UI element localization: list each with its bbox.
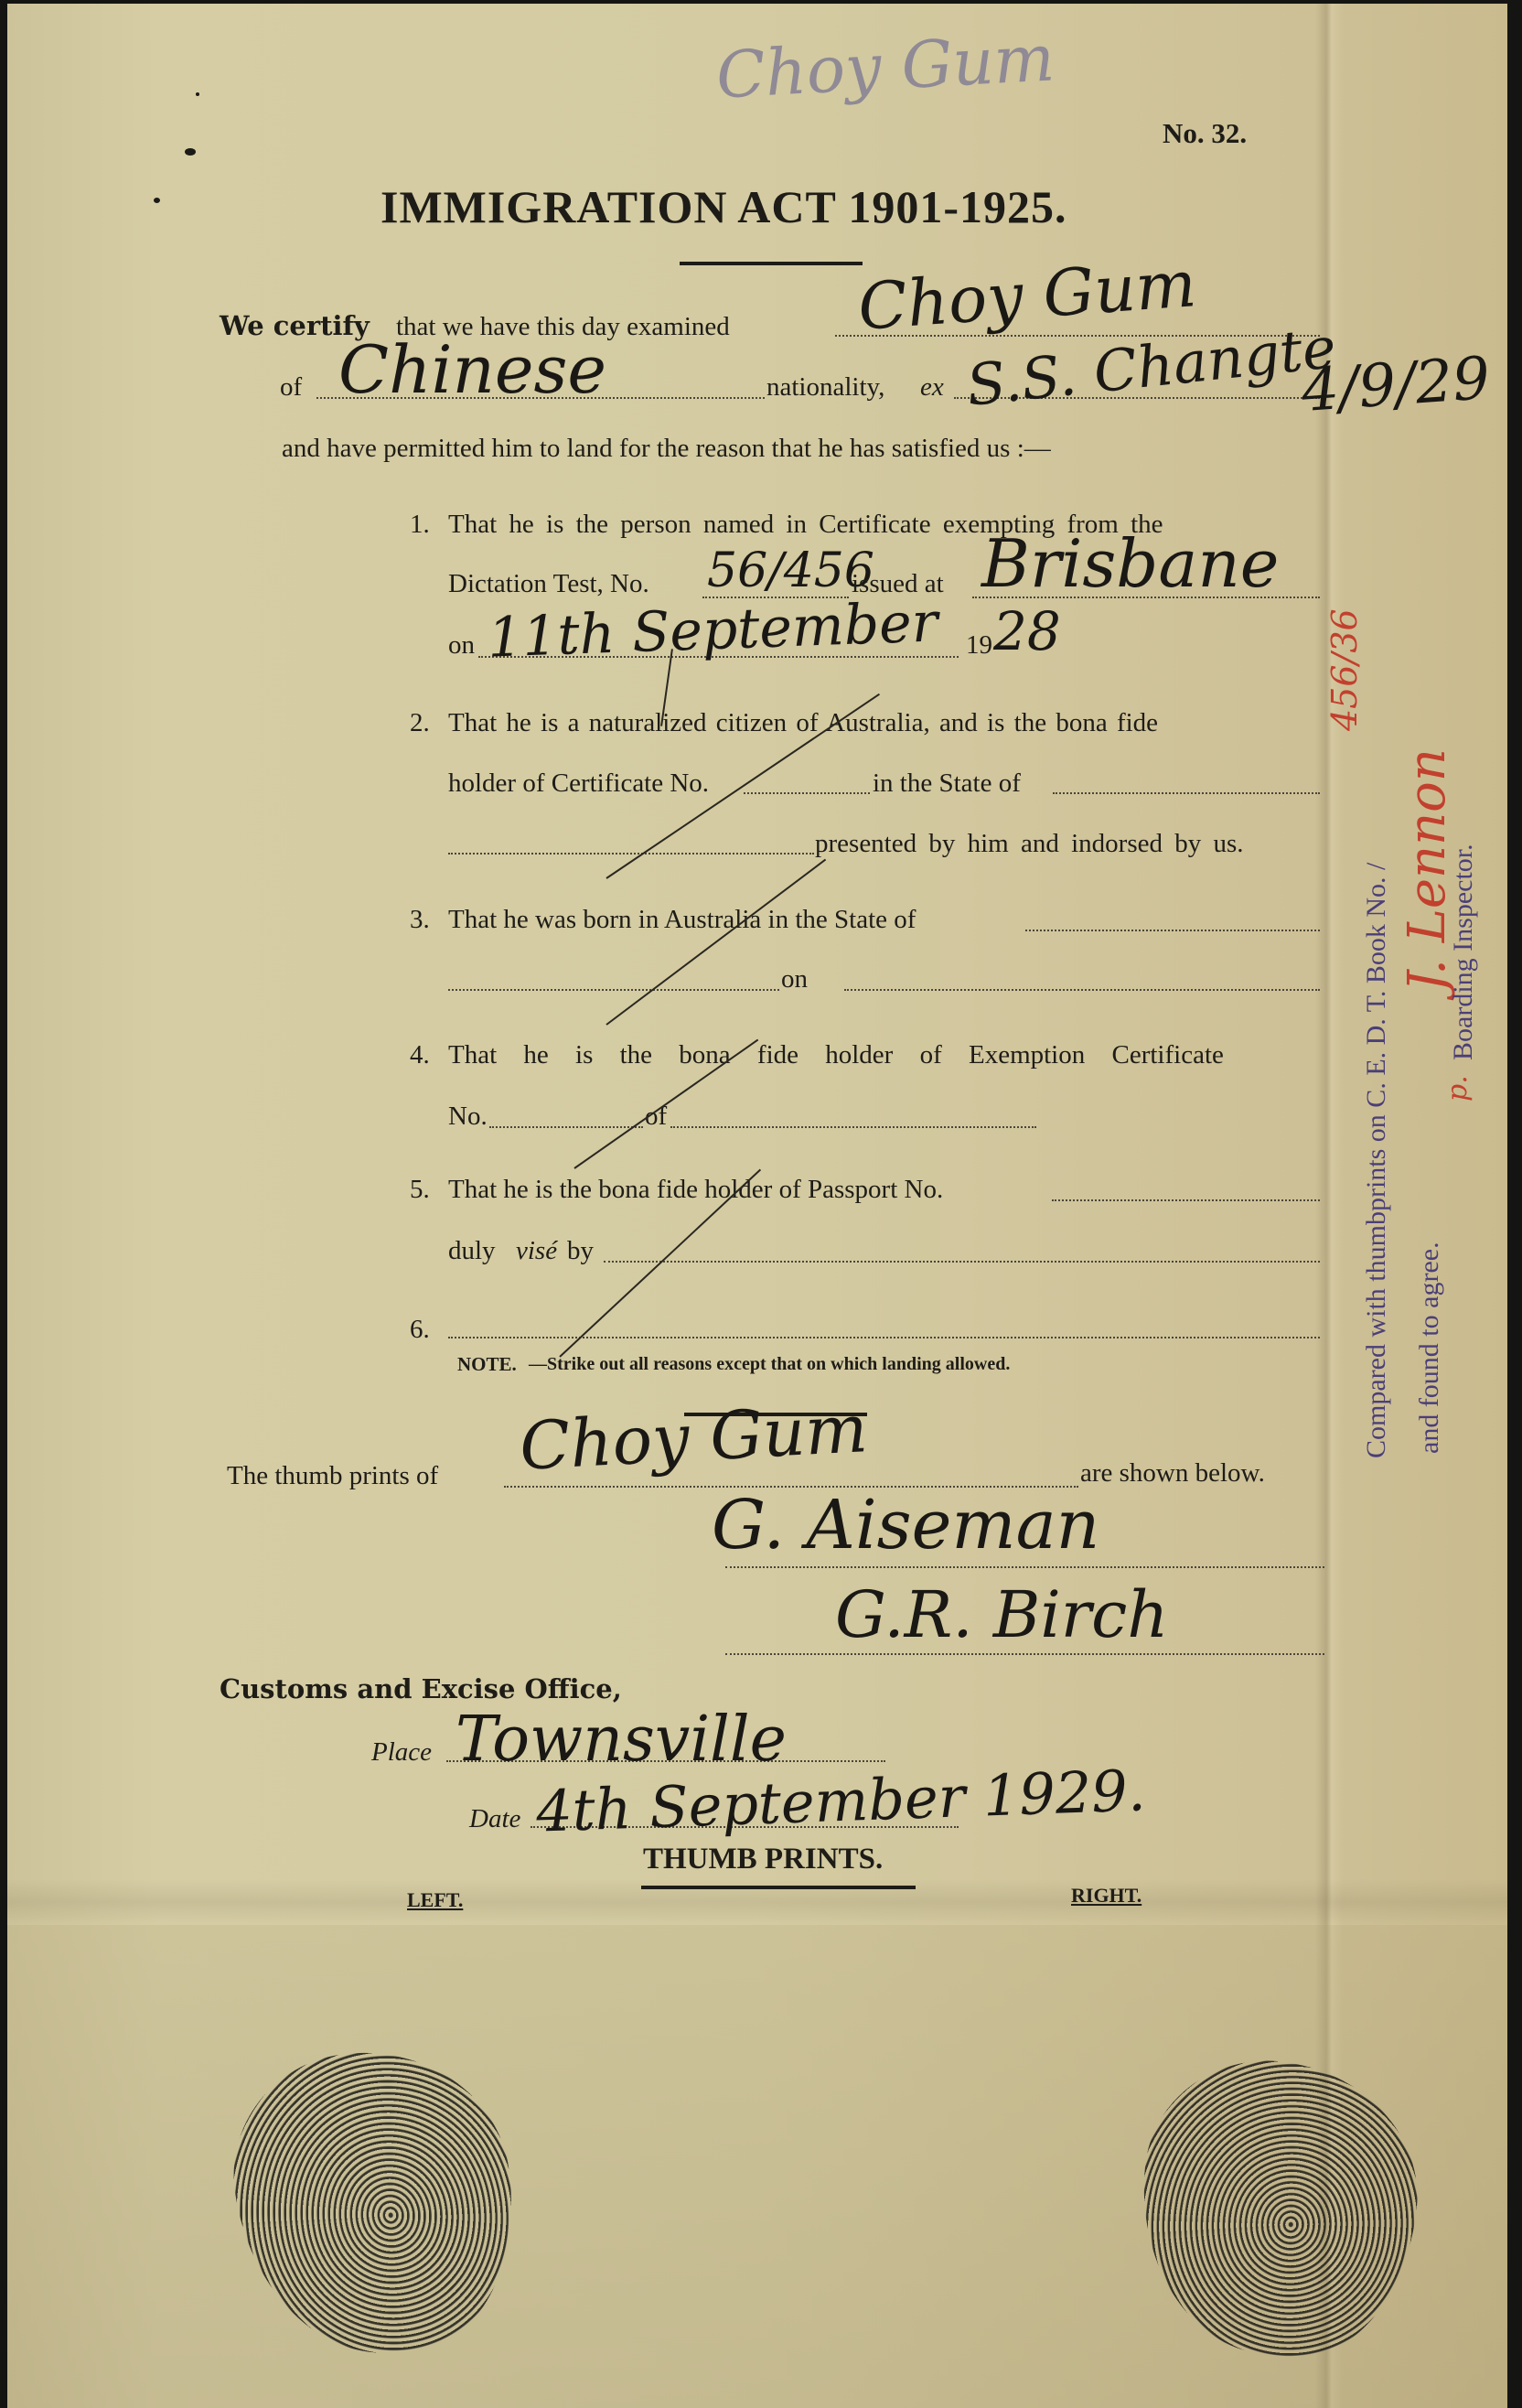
note-text: —Strike out all reasons except that on w…: [529, 1354, 1010, 1375]
blank-line: [448, 853, 814, 855]
nationality-label: nationality,: [766, 372, 884, 403]
date-label: Date: [469, 1804, 520, 1834]
exemption-no-line: [489, 1126, 643, 1128]
place-value[interactable]: Townsville: [456, 1704, 787, 1776]
reason-5-by: by: [567, 1236, 594, 1266]
thumb-prints-suffix: are shown below.: [1080, 1458, 1265, 1489]
reason-4-line1: That he is the bona fide holder of Exemp…: [448, 1040, 1224, 1070]
speck: [196, 92, 199, 96]
state-line: [1053, 792, 1320, 794]
issued-at-value[interactable]: Brisbane: [981, 525, 1279, 602]
cert-no-line: [744, 792, 870, 794]
pencil-name-annotation: Choy Gum: [714, 20, 1056, 113]
passport-no-line: [1052, 1199, 1320, 1201]
year-prefix: 19: [966, 630, 992, 661]
page-title: IMMIGRATION ACT 1901-1925.: [380, 180, 1067, 233]
note-label: NOTE.: [457, 1353, 517, 1376]
reason-1-on-label: on: [448, 630, 475, 661]
reason-5-line1: That he is the bona fide holder of Passp…: [448, 1175, 943, 1205]
birth-place-line: [448, 989, 779, 991]
right-thumb-label: RIGHT.: [1071, 1884, 1141, 1908]
nationality-value[interactable]: Chinese: [338, 331, 606, 408]
form-number: No. 32.: [1163, 117, 1247, 150]
reason-4-number: 4.: [410, 1040, 430, 1070]
visa-by-line: [604, 1261, 1320, 1263]
heading-underline: [641, 1886, 916, 1889]
title-rule: [680, 262, 863, 265]
thumb-prints-prefix: The thumb prints of: [227, 1461, 438, 1491]
book-reference[interactable]: 456/36: [1324, 608, 1365, 731]
reason-4-no-label: No.: [448, 1102, 488, 1132]
left-thumb-label: LEFT.: [407, 1888, 463, 1912]
reason-3-number: 3.: [410, 905, 430, 935]
reason-5-vise: visé: [516, 1236, 557, 1266]
customs-office-label: Customs and Excise Office,: [220, 1673, 622, 1704]
thumb-prints-heading: THUMB PRINTS.: [643, 1843, 883, 1876]
place-label: Place: [371, 1737, 432, 1768]
pin-hole: [185, 148, 196, 156]
arrival-date-value[interactable]: 4/9/29: [1300, 345, 1493, 425]
margin-stamp-line2: Boarding Inspector.: [1448, 844, 1479, 1060]
reason-2-line2b: in the State of: [873, 769, 1021, 799]
signature-line-2: [725, 1653, 1324, 1655]
margin-stamp-line3: and found to agree.: [1414, 1242, 1445, 1454]
strike-reason-3: [606, 859, 826, 1026]
reason-3-line1: That he was born in Australia in the Sta…: [448, 905, 916, 935]
thumb-prints-name[interactable]: Choy Gum: [518, 1390, 869, 1485]
birth-state-line: [1025, 930, 1320, 931]
exemption-of-line: [670, 1126, 1036, 1128]
reason-2-line1: That he is a naturalized citizen of Aust…: [448, 708, 1158, 738]
reason-3-on-label: on: [781, 964, 808, 994]
officer-signature-2[interactable]: G.R. Birch: [835, 1577, 1168, 1652]
signature-line-1: [725, 1566, 1324, 1568]
reason-5-number: 5.: [410, 1175, 430, 1205]
permitted-text: and have permitted him to land for the r…: [282, 434, 1051, 464]
ex-label: ex: [920, 372, 944, 403]
document-page: Choy Gum No. 32. IMMIGRATION ACT 1901-19…: [7, 4, 1507, 2408]
reason-2-line3: presented by him and indorsed by us.: [815, 829, 1244, 859]
pin-hole: [154, 198, 160, 203]
reason-5-duly: duly: [448, 1236, 496, 1266]
of-label: of: [280, 372, 302, 403]
examined-name-value[interactable]: Choy Gum: [856, 246, 1199, 345]
margin-stamp-line1: Compared with thumbprints on C. E. D. T.…: [1361, 863, 1392, 1458]
reason-2-line2a: holder of Certificate No.: [448, 769, 709, 799]
officer-signature-1[interactable]: G. Aiseman: [712, 1486, 1099, 1564]
reason-1-number: 1.: [410, 510, 430, 540]
reason-2-number: 2.: [410, 708, 430, 738]
reason-1-line2a: Dictation Test, No.: [448, 569, 649, 599]
per-mark: p.: [1442, 1075, 1474, 1102]
year-suffix[interactable]: 28: [993, 600, 1061, 662]
dictation-cert-number[interactable]: 56/456: [707, 543, 874, 598]
birth-date-line: [844, 989, 1320, 991]
reason-6-number: 6.: [410, 1315, 430, 1345]
issued-date-value[interactable]: 11th September: [487, 590, 938, 670]
